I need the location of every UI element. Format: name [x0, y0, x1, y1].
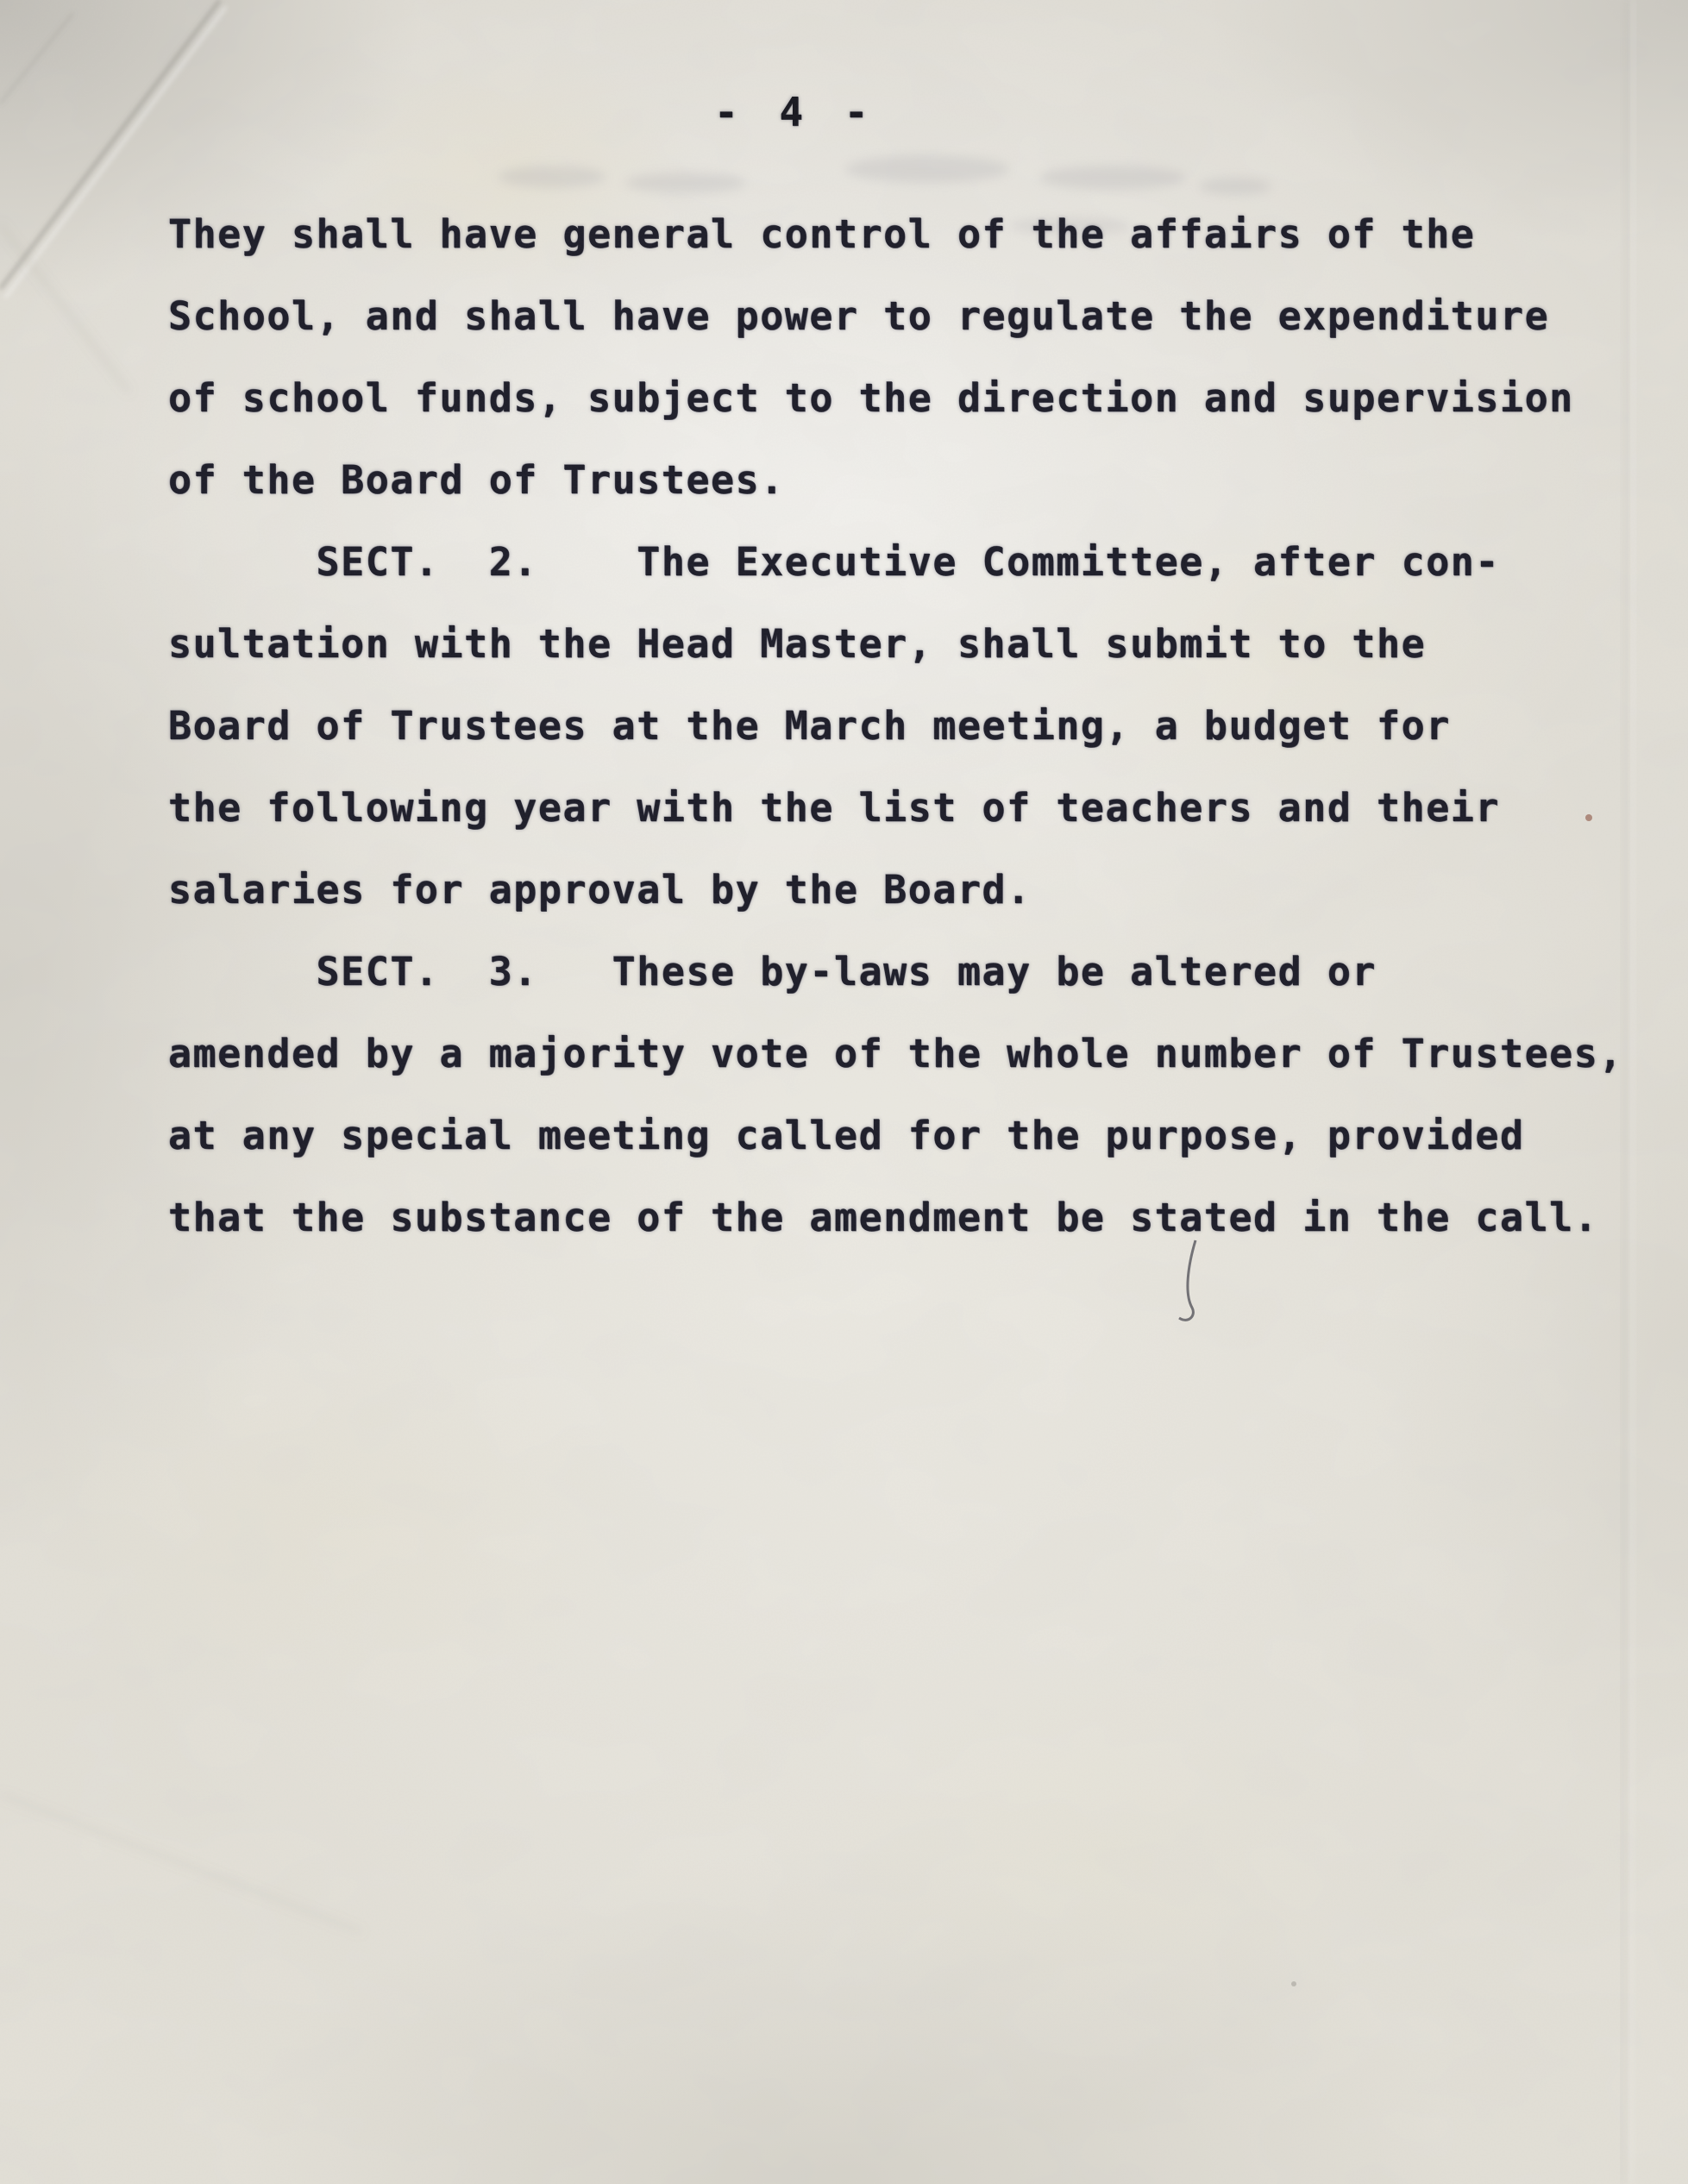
text-line: of school funds, subject to the directio… — [168, 357, 1623, 439]
page-number: - 4 - — [714, 89, 876, 135]
text-line: the following year with the list of teac… — [168, 767, 1623, 849]
text-line: School, and shall have power to regulate… — [168, 275, 1623, 357]
text-line-section-3-heading: SECT. 3. These by-laws may be altered or — [168, 931, 1623, 1013]
text-line: Board of Trustees at the March meeting, … — [168, 685, 1623, 767]
text-line: sultation with the Head Master, shall su… — [168, 603, 1623, 685]
text-line: that the substance of the amendment be s… — [168, 1177, 1623, 1258]
crease-bottom-left — [0, 1794, 362, 1932]
text-line: at any special meeting called for the pu… — [168, 1095, 1623, 1177]
crease-right-edge — [1622, 0, 1635, 2184]
text-line: of the Board of Trustees. — [168, 439, 1623, 521]
crease-left-edge — [0, 224, 129, 392]
document-body: They shall have general control of the a… — [168, 193, 1623, 1258]
text-line-section-2-heading: SECT. 2. The Executive Committee, after … — [168, 521, 1623, 603]
text-line: salaries for approval by the Board. — [168, 849, 1623, 931]
text-line: They shall have general control of the a… — [168, 193, 1623, 275]
text-line: amended by a majority vote of the whole … — [168, 1013, 1623, 1095]
document-page: - 4 - They shall have general control of… — [0, 0, 1688, 2184]
paper-speck — [1291, 1981, 1296, 1986]
